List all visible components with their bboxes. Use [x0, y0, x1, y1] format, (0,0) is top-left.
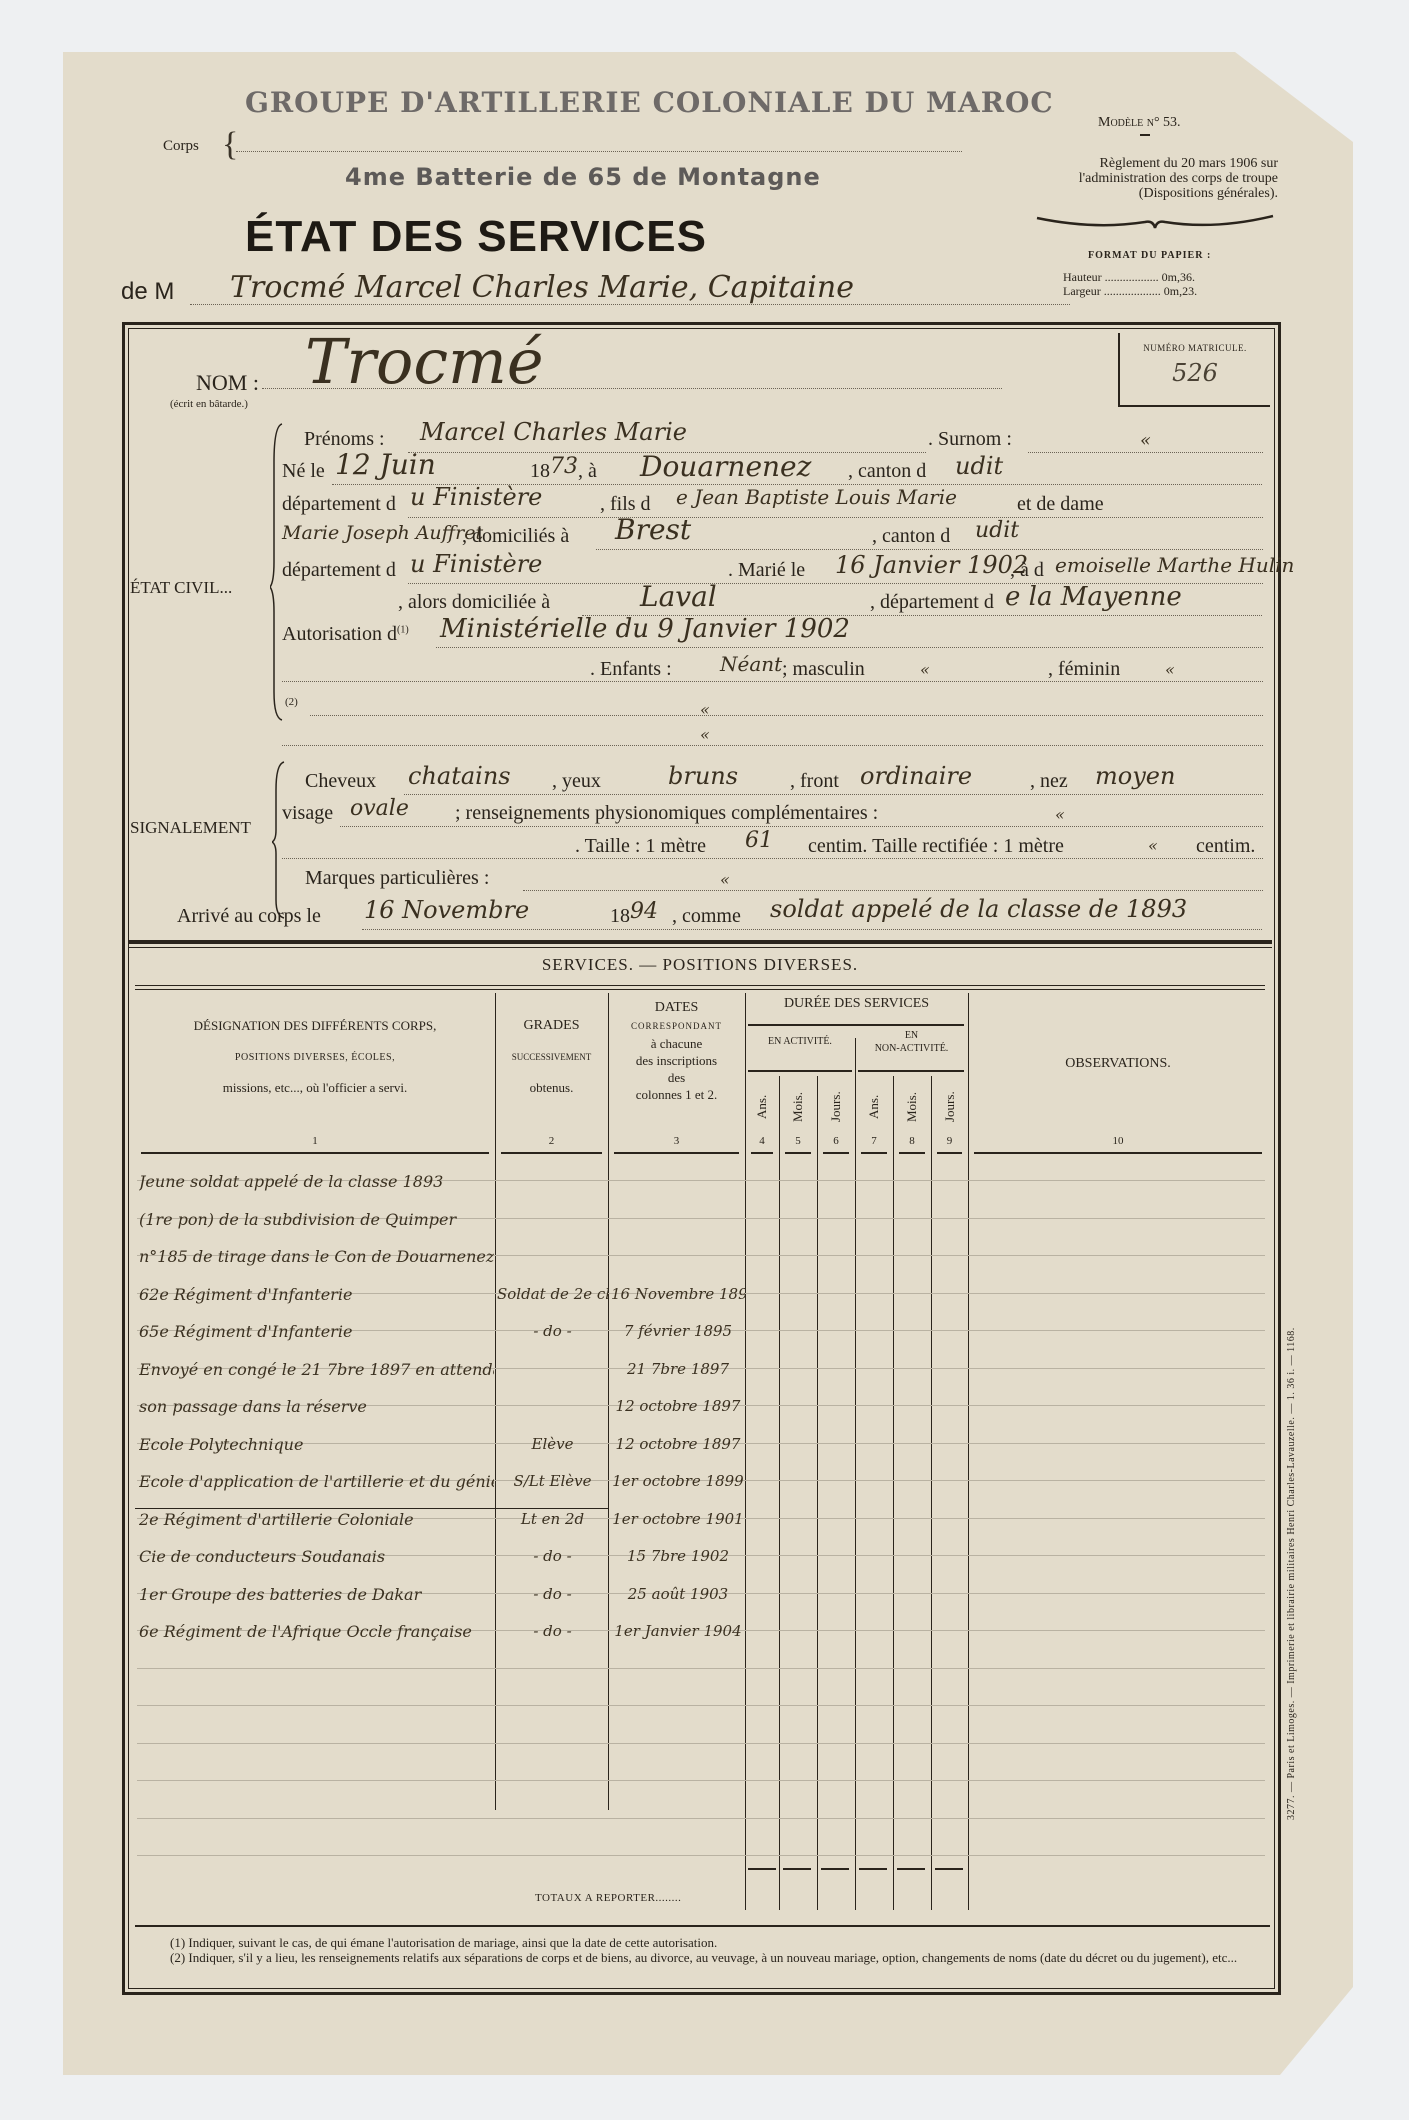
arrive-year-prefix: 18 [610, 905, 630, 928]
prenoms-label: Prénoms : [304, 428, 385, 450]
page-title: ÉTAT DES SERVICES [245, 212, 707, 262]
table-row[interactable]: Ecole d'application de l'artillerie et d… [135, 1472, 745, 1506]
col3-header-line4: des inscriptions [608, 1053, 745, 1069]
arrive-year[interactable]: 94 [630, 899, 658, 924]
autorisation-label: Autorisation d(1) [282, 623, 409, 646]
visage-label: visage [282, 802, 333, 825]
col3-header-line3: à chacune [608, 1036, 745, 1052]
designation-cell[interactable]: Jeune soldat appelé de la classe 1893 [139, 1172, 494, 1191]
surnom-label: . Surnom : [928, 428, 1012, 451]
services-title-rule-1 [135, 985, 1265, 986]
column-number: 4 [745, 1135, 779, 1147]
duration-subheader: Mois. [904, 1082, 920, 1132]
a-label: , à [578, 460, 597, 483]
comme-value[interactable]: soldat appelé de la classe de 1893 [770, 895, 1187, 923]
activite-rule [748, 1070, 852, 1072]
taille-label: . Taille : 1 mètre [575, 835, 706, 858]
non-activite-rule [858, 1070, 964, 1072]
date-cell[interactable]: 1er octobre 1899 [611, 1472, 745, 1490]
visage-line [340, 826, 1263, 827]
ruled-line [137, 1818, 1265, 1819]
cheveux-label: Cheveux [305, 770, 376, 793]
duration-subheader: Jours. [942, 1082, 958, 1132]
designation-cell[interactable]: 6e Régiment de l'Afrique Occle française [139, 1622, 494, 1641]
canton-label: , canton d [848, 460, 926, 483]
note2-line-2 [282, 745, 1263, 746]
corps-brace: { [222, 128, 238, 162]
hauteur-value: 0m,36. [1162, 270, 1195, 284]
enfants-value[interactable]: Néant [720, 652, 782, 676]
departement-label: département d [282, 493, 396, 516]
table-row[interactable]: 2e Régiment d'artillerie ColonialeLt en … [135, 1510, 745, 1544]
dame-label: et de dame [1017, 493, 1104, 516]
total-rule [783, 1868, 811, 1870]
departement-value[interactable]: u Finistère [410, 483, 542, 511]
grade-cell[interactable]: S/Lt Elève [497, 1472, 608, 1490]
largeur-label: Largeur [1063, 284, 1101, 298]
date-cell[interactable]: 7 février 1895 [611, 1322, 745, 1340]
domiciliee-value[interactable]: Laval [640, 580, 717, 613]
ornament-divider [1035, 210, 1275, 232]
canton2-label: , canton d [872, 525, 950, 548]
designation-cell[interactable]: Ecole d'application de l'artillerie et d… [139, 1472, 494, 1491]
feminin-value[interactable]: « [1165, 660, 1175, 679]
totaux-label: TOTAUX A REPORTER........ [535, 1892, 740, 1904]
centim2-label: centim. [1196, 835, 1255, 858]
date-cell[interactable]: 16 Novembre 1894 [611, 1285, 745, 1303]
cheveux-line [404, 794, 1263, 795]
modele-number: Modèle n° 53. [1098, 115, 1181, 131]
designation-cell[interactable]: Ecole Polytechnique [139, 1435, 494, 1454]
arrive-line [362, 929, 1262, 930]
table-row[interactable]: Jeune soldat appelé de la classe 1893 [135, 1172, 745, 1206]
nom-value[interactable]: Trocmé [305, 325, 544, 398]
table-row[interactable]: Ecole PolytechniqueElève12 octobre 1897 [135, 1435, 745, 1469]
col3-header-line2: CORRESPONDANT [608, 1021, 745, 1031]
signalement-label: SIGNALEMENT [130, 818, 251, 838]
marques-label: Marques particulières : [305, 867, 489, 890]
grade-cell[interactable]: - do - [497, 1322, 608, 1340]
table-row[interactable]: 65e Régiment d'Infanterie- do -7 février… [135, 1322, 745, 1356]
yeux-value[interactable]: bruns [668, 762, 738, 790]
column-number: 8 [893, 1135, 931, 1147]
date-cell[interactable]: 12 octobre 1897 [611, 1435, 745, 1453]
visage-value[interactable]: ovale [350, 796, 409, 821]
column-number: 3 [608, 1135, 745, 1147]
designation-cell[interactable]: 62e Régiment d'Infanterie [139, 1285, 494, 1304]
ruled-line [137, 1780, 1265, 1781]
marie-label: . Marié le [728, 559, 805, 582]
section-divider-thin [128, 947, 1272, 948]
non-activite-header-2: NON-ACTIVITÉ. [855, 1043, 968, 1054]
ne-le-label: Né le [282, 460, 325, 483]
total-rule [859, 1868, 887, 1870]
services-title: SERVICES. — POSITIONS DIVERSES. [128, 955, 1272, 975]
grade-cell[interactable]: Elève [497, 1435, 608, 1453]
designation-cell[interactable]: 65e Régiment d'Infanterie [139, 1322, 494, 1341]
ruled-line [137, 1668, 1265, 1669]
column-divider [893, 1076, 894, 1910]
annee-value[interactable]: 73 [550, 454, 578, 479]
signalement-brace [272, 760, 286, 920]
col2-header-line3: obtenus. [495, 1080, 608, 1096]
column-number-rule [785, 1152, 811, 1154]
domicilies-label: , domiciliés à [462, 525, 569, 548]
corps-label: Corps [163, 138, 199, 155]
mere-value[interactable]: Marie Joseph Auffret [282, 522, 483, 544]
autorisation-value[interactable]: Ministérielle du 9 Janvier 1902 [440, 614, 850, 644]
column-number-rule [861, 1152, 887, 1154]
cheveux-value[interactable]: chatains [408, 762, 511, 790]
canton-value[interactable]: udit [955, 452, 1003, 480]
autorisation-line [436, 647, 1263, 648]
departement3-label: , département d [870, 591, 994, 614]
domiciliee-label: , alors domiciliée à [398, 591, 550, 614]
surnom-line [1028, 452, 1263, 453]
services-title-rule-2 [135, 989, 1265, 990]
nom-sublabel: (écrit en bâtarde.) [170, 398, 248, 410]
largeur-value: 0m,23. [1164, 284, 1197, 298]
ne-le-value[interactable]: 12 Juin [335, 448, 436, 481]
footnote-1: (1) Indiquer, suivant le cas, de qui éma… [150, 1935, 1268, 1950]
column-number-rule [974, 1152, 1262, 1154]
column-number: 7 [855, 1135, 893, 1147]
table-row[interactable]: (1re pon) de la subdivision de Quimper [135, 1210, 745, 1244]
ruled-line [137, 1705, 1265, 1706]
feminin-label: , féminin [1048, 658, 1120, 681]
table-row[interactable]: n°185 de tirage dans le Con de Douarnene… [135, 1247, 745, 1281]
date-cell[interactable]: 12 octobre 1897 [611, 1397, 745, 1415]
pere-value[interactable]: e Jean Baptiste Louis Marie [676, 485, 957, 509]
modele-dash [1140, 134, 1150, 136]
total-rule [897, 1868, 925, 1870]
duree-header: DURÉE DES SERVICES [745, 996, 968, 1012]
column-number-rule [751, 1152, 773, 1154]
marques-line [523, 890, 1263, 891]
renseignements-value[interactable]: « [1055, 805, 1065, 824]
column-number: 1 [135, 1135, 495, 1147]
surnom-value[interactable]: « [1140, 430, 1151, 451]
column-number: 9 [931, 1135, 968, 1147]
note2-marker: (2) [285, 696, 298, 708]
total-rule [935, 1868, 963, 1870]
column-number-rule [614, 1152, 739, 1154]
comme-label: , comme [672, 905, 741, 928]
hauteur-row: Hauteur .................. 0m,36. [1063, 270, 1195, 285]
front-value[interactable]: ordinaire [860, 762, 972, 790]
front-label: , front [790, 770, 839, 793]
grade-cell[interactable]: Soldat de 2e cl. [497, 1285, 608, 1303]
hauteur-label: Hauteur [1063, 270, 1102, 284]
date-cell[interactable]: 1er octobre 1901 [611, 1510, 745, 1528]
table-row[interactable]: 62e Régiment d'InfanterieSoldat de 2e cl… [135, 1285, 745, 1319]
table-row[interactable]: 6e Régiment de l'Afrique Occle française… [135, 1622, 745, 1656]
prenoms-value[interactable]: Marcel Charles Marie [420, 418, 687, 446]
designation-cell[interactable]: (1re pon) de la subdivision de Quimper [139, 1210, 494, 1229]
taille-line [282, 858, 1263, 859]
designation-cell[interactable]: 2e Régiment d'artillerie Coloniale [139, 1510, 494, 1529]
matricule-value[interactable]: 526 [1120, 359, 1270, 387]
designation-cell[interactable]: n°185 de tirage dans le Con de Douarnene… [139, 1247, 494, 1266]
column-divider [855, 1076, 856, 1910]
col3-header-line6: colonnes 1 et 2. [608, 1087, 745, 1103]
column-divider [968, 993, 969, 1910]
col2-header-line1: GRADES [495, 1018, 608, 1034]
col2-header-line2: SUCCESSIVEMENT [495, 1052, 608, 1062]
annee-prefix: 18 [530, 460, 550, 483]
column-number: 6 [817, 1135, 855, 1147]
etat-civil-label: ÉTAT CIVIL... [130, 578, 232, 598]
total-rule [821, 1868, 849, 1870]
column-divider [745, 993, 746, 1910]
reglement-text: Règlement du 20 mars 1906 sur l'administ… [1023, 156, 1278, 201]
column-number-rule [141, 1152, 489, 1154]
masculin-label: ; masculin [782, 658, 865, 681]
column-divider [817, 1076, 818, 1910]
domicile-value[interactable]: Brest [615, 513, 691, 546]
col3-header-line5: des [608, 1070, 745, 1086]
col3-header-line1: DATES [608, 1000, 745, 1016]
format-title: FORMAT DU PAPIER : [1088, 250, 1211, 261]
column-number: 2 [495, 1135, 608, 1147]
designation-cell[interactable]: 1er Groupe des batteries de Dakar [139, 1585, 494, 1604]
column-divider [779, 1076, 780, 1910]
col1-header-line1: DÉSIGNATION DES DIFFÉRENTS CORPS, [135, 1018, 495, 1034]
masculin-value[interactable]: « [920, 660, 930, 679]
date-cell[interactable]: 21 7bre 1897 [611, 1360, 745, 1378]
canton2-value[interactable]: udit [975, 518, 1019, 543]
stamp-groupe: GROUPE D'ARTILLERIE COLONIALE DU MAROC [245, 86, 1054, 119]
taille-rectifiee-value[interactable]: « [1148, 836, 1158, 855]
nez-label: , nez [1030, 770, 1068, 793]
column-number-rule [899, 1152, 925, 1154]
designation-cell[interactable]: son passage dans la réserve [139, 1397, 494, 1416]
observations-header: OBSERVATIONS. [968, 1056, 1268, 1072]
col1-header-line3: missions, etc..., où l'officier a servi. [135, 1080, 495, 1096]
column-number-rule [501, 1152, 602, 1154]
arrive-value[interactable]: 16 Novembre [364, 896, 529, 924]
de-m-label: de M [121, 278, 174, 306]
nez-value[interactable]: moyen [1095, 762, 1175, 790]
date-cell[interactable]: 1er Janvier 1904 [611, 1622, 745, 1640]
departement3-value[interactable]: e la Mayenne [1005, 582, 1182, 612]
enfants-line [282, 681, 1263, 682]
centim-label: centim. Taille rectifiée : 1 mètre [808, 835, 1064, 858]
renseignements-label: ; renseignements physionomiques compléme… [455, 802, 878, 825]
departement2-value[interactable]: u Finistère [410, 550, 542, 578]
date-cell[interactable]: 15 7bre 1902 [611, 1547, 745, 1565]
section-divider-thick [128, 940, 1272, 944]
duration-subheader: Mois. [790, 1082, 806, 1132]
demoiselle-value[interactable]: emoiselle Marthe Hulin [1055, 553, 1294, 577]
enfants-label: . Enfants : [590, 658, 672, 681]
arrive-label: Arrivé au corps le [177, 905, 321, 928]
footnote-2: (2) Indiquer, s'il y a lieu, les renseig… [132, 1950, 1268, 1965]
footnote-divider [135, 1925, 1270, 1927]
ruled-line [137, 1743, 1265, 1744]
yeux-label: , yeux [552, 770, 601, 793]
stamp-batterie: 4me Batterie de 65 de Montagne [345, 163, 821, 191]
non-activite-header-1: EN [855, 1030, 968, 1041]
nom-label: NOM : [196, 370, 259, 396]
table-row[interactable]: Envoyé en congé le 21 7bre 1897 en atten… [135, 1360, 745, 1394]
taille-value[interactable]: 61 [745, 828, 773, 853]
de-m-value[interactable]: Trocmé Marcel Charles Marie, Capitaine [230, 270, 854, 305]
matricule-label: NUMÉRO MATRICULE. [1120, 343, 1270, 353]
designation-cell[interactable]: Cie de conducteurs Soudanais [139, 1547, 494, 1566]
date-cell[interactable]: 25 août 1903 [611, 1585, 745, 1603]
note2-line-1 [310, 715, 1263, 716]
table-row[interactable]: son passage dans la réserve12 octobre 18… [135, 1397, 745, 1431]
note2-value-1[interactable]: « [700, 700, 710, 719]
duration-subheader: Ans. [754, 1082, 770, 1132]
total-rule [748, 1868, 776, 1870]
printer-imprint: 3277. — Paris et Limoges. — Imprimerie e… [1286, 960, 1297, 1820]
note2-value-2[interactable]: « [700, 725, 710, 744]
demoiselle-label: , à d [1010, 559, 1044, 582]
grade-cell[interactable]: - do - [497, 1547, 608, 1565]
table-row[interactable]: 1er Groupe des batteries de Dakar- do -2… [135, 1585, 745, 1619]
marie-value[interactable]: 16 Janvier 1902 [835, 551, 1028, 579]
designation-cell[interactable]: Envoyé en congé le 21 7bre 1897 en atten… [139, 1360, 494, 1379]
departement-line [408, 517, 1263, 518]
grade-cell[interactable]: Lt en 2d [497, 1510, 608, 1528]
col1-header-line2: POSITIONS DIVERSES, ÉCOLES, [135, 1052, 495, 1063]
marques-value[interactable]: « [720, 870, 730, 889]
column-number-rule [823, 1152, 849, 1154]
activite-header: EN ACTIVITÉ. [745, 1036, 855, 1047]
duree-rule [748, 1024, 964, 1026]
duration-subheader: Jours. [828, 1082, 844, 1132]
de-m-text: de M [121, 278, 174, 305]
matricule-box: NUMÉRO MATRICULE. 526 [1118, 333, 1270, 407]
ruled-line [137, 1855, 1265, 1856]
column-number-rule [937, 1152, 962, 1154]
domicile-line [596, 549, 1263, 550]
lieu-naissance-value[interactable]: Douarnenez [640, 450, 811, 483]
column-divider [931, 1076, 932, 1910]
grade-cell[interactable]: - do - [497, 1622, 608, 1640]
table-row[interactable]: Cie de conducteurs Soudanais- do -15 7br… [135, 1547, 745, 1581]
column-number: 5 [779, 1135, 817, 1147]
departement2-label: département d [282, 559, 396, 582]
grade-cell[interactable]: - do - [497, 1585, 608, 1603]
autorisation-text: Autorisation d [282, 623, 397, 645]
column-number: 10 [968, 1135, 1268, 1147]
corps-field[interactable] [236, 150, 962, 152]
duration-subheader: Ans. [866, 1082, 882, 1132]
largeur-row: Largeur ................... 0m,23. [1063, 284, 1197, 299]
